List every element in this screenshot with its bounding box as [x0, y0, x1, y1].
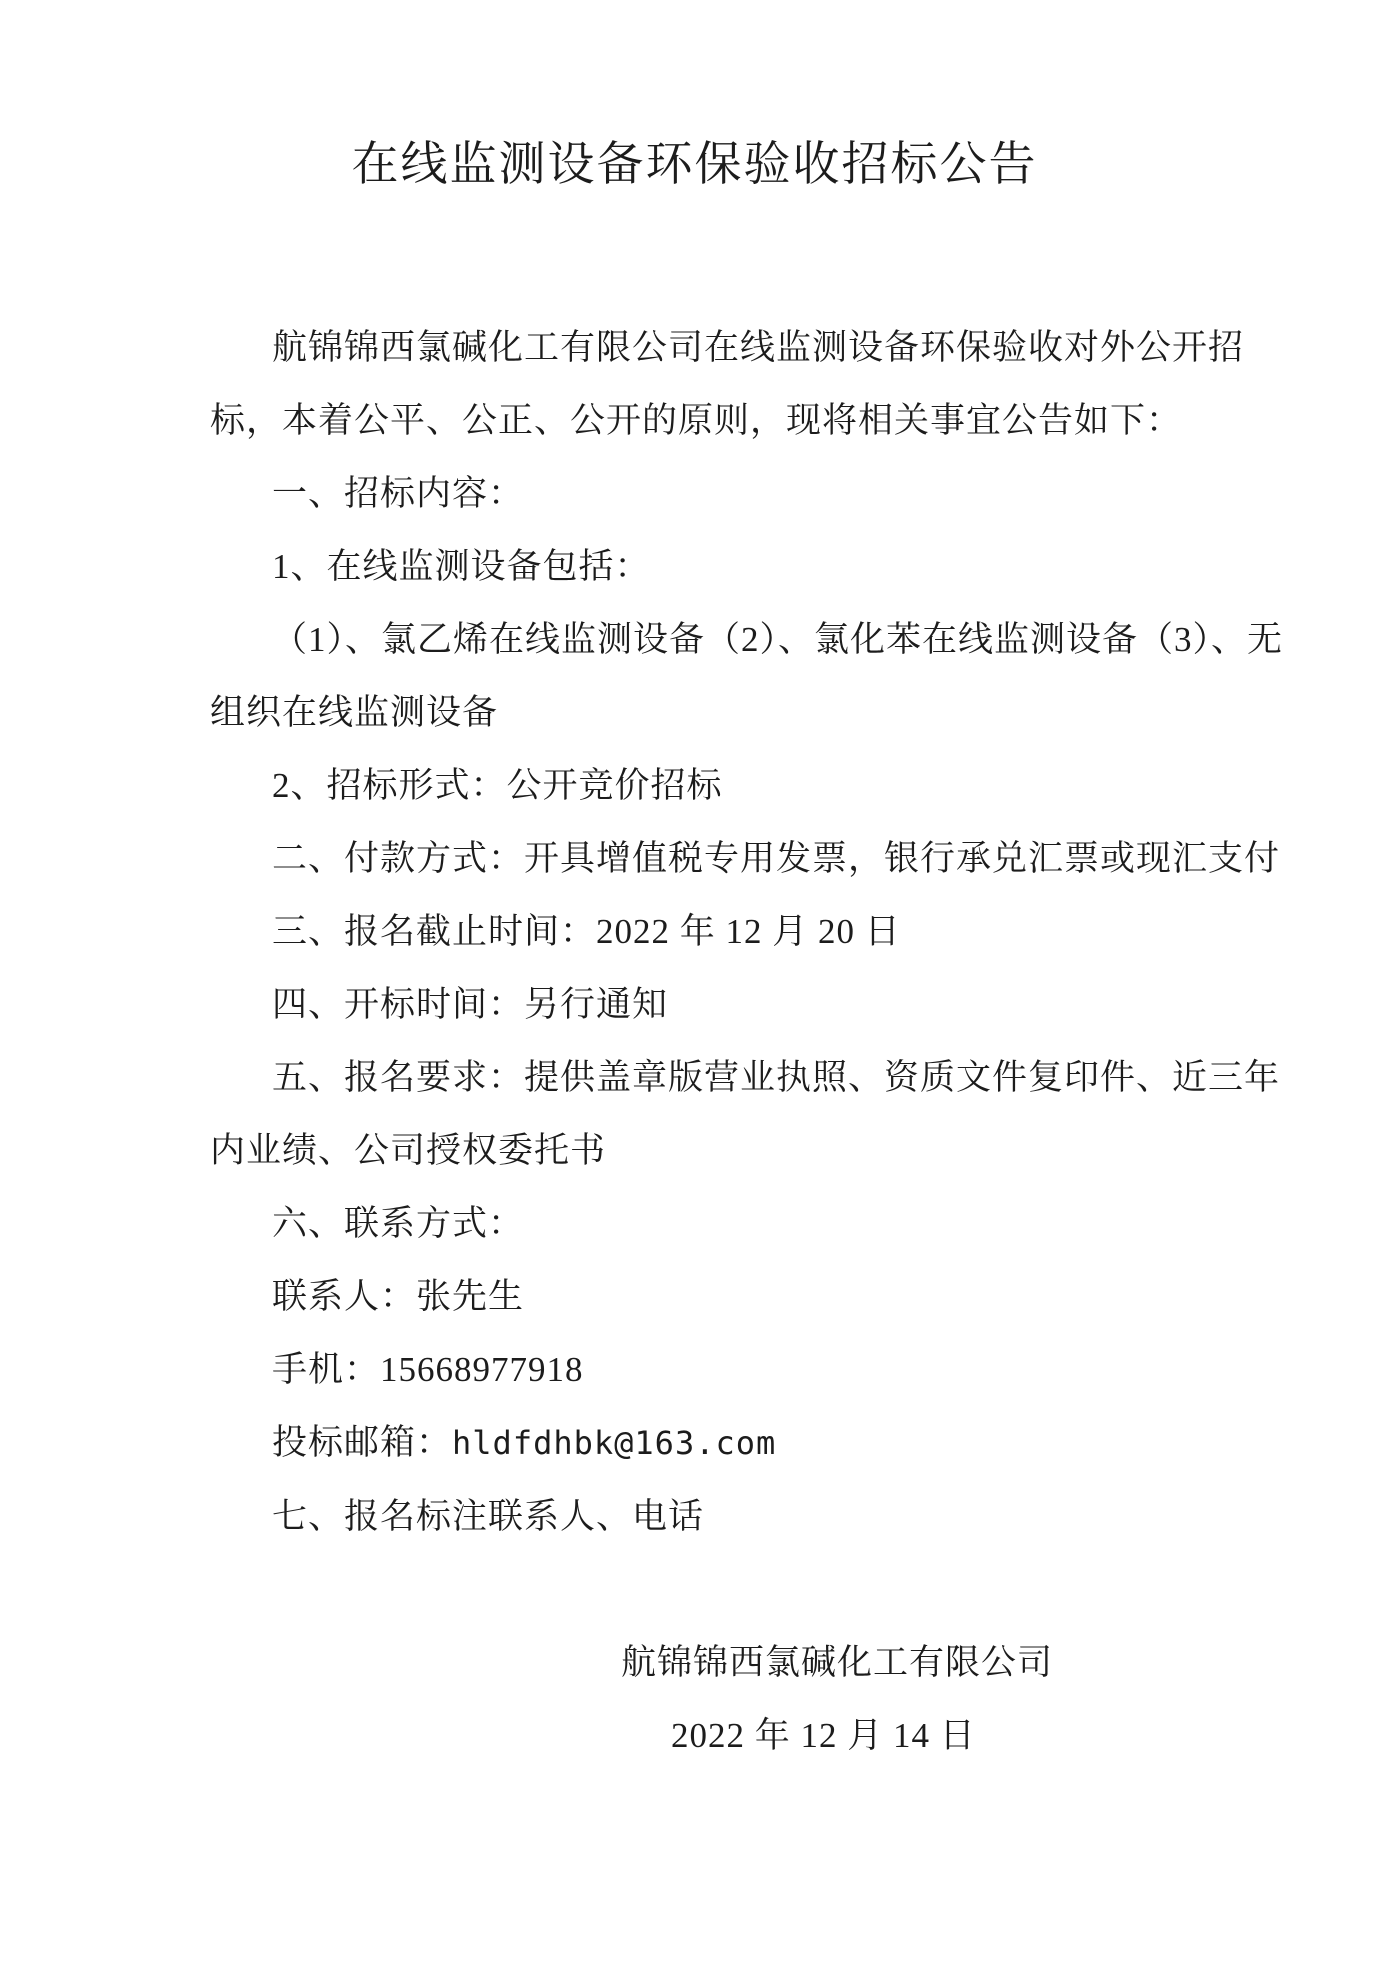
section-2-payment-line: 二、付款方式：开具增值税专用发票，银行承兑汇票或现汇支付 [210, 822, 1229, 895]
signature-date: 2022 年 12 月 14 日 [210, 1699, 1229, 1772]
section-5-requirements-line-1: 五、报名要求：提供盖章版营业执照、资质文件复印件、近三年 [210, 1041, 1229, 1114]
item-1-detail-line-1: （1）、氯乙烯在线监测设备（2）、氯化苯在线监测设备（3）、无 [210, 603, 1229, 676]
signature-company: 航锦锦西氯碱化工有限公司 [210, 1626, 1229, 1699]
section-6-contact-heading: 六、联系方式： [210, 1187, 1229, 1260]
contact-person-line: 联系人：张先生 [210, 1260, 1229, 1333]
email-address: hldfdhbk@163.com [452, 1424, 776, 1462]
contact-phone-line: 手机：15668977918 [210, 1333, 1229, 1406]
email-label: 投标邮箱： [272, 1423, 452, 1462]
document-body: 航锦锦西氯碱化工有限公司在线监测设备环保验收对外公开招 标，本着公平、公正、公开… [210, 210, 1229, 1772]
intro-line-1: 航锦锦西氯碱化工有限公司在线监测设备环保验收对外公开招 [210, 311, 1229, 384]
section-4-opening-line: 四、开标时间：另行通知 [210, 968, 1229, 1041]
item-1-heading: 1、在线监测设备包括： [210, 530, 1229, 603]
contact-email-line: 投标邮箱：hldfdhbk@163.com [210, 1406, 1229, 1480]
section-7-line: 七、报名标注联系人、电话 [210, 1480, 1229, 1553]
item-1-detail-line-2: 组织在线监测设备 [210, 676, 1229, 749]
section-5-requirements-line-2: 内业绩、公司授权委托书 [210, 1114, 1229, 1187]
document-page: 在线监测设备环保验收招标公告 航锦锦西氯碱化工有限公司在线监测设备环保验收对外公… [0, 0, 1389, 1964]
item-2-line: 2、招标形式：公开竞价招标 [210, 749, 1229, 822]
section-3-deadline-line: 三、报名截止时间：2022 年 12 月 20 日 [210, 895, 1229, 968]
document-title: 在线监测设备环保验收招标公告 [0, 120, 1389, 210]
section-1-heading: 一、招标内容： [210, 457, 1229, 530]
intro-line-2: 标，本着公平、公正、公开的原则，现将相关事宜公告如下： [210, 384, 1229, 457]
